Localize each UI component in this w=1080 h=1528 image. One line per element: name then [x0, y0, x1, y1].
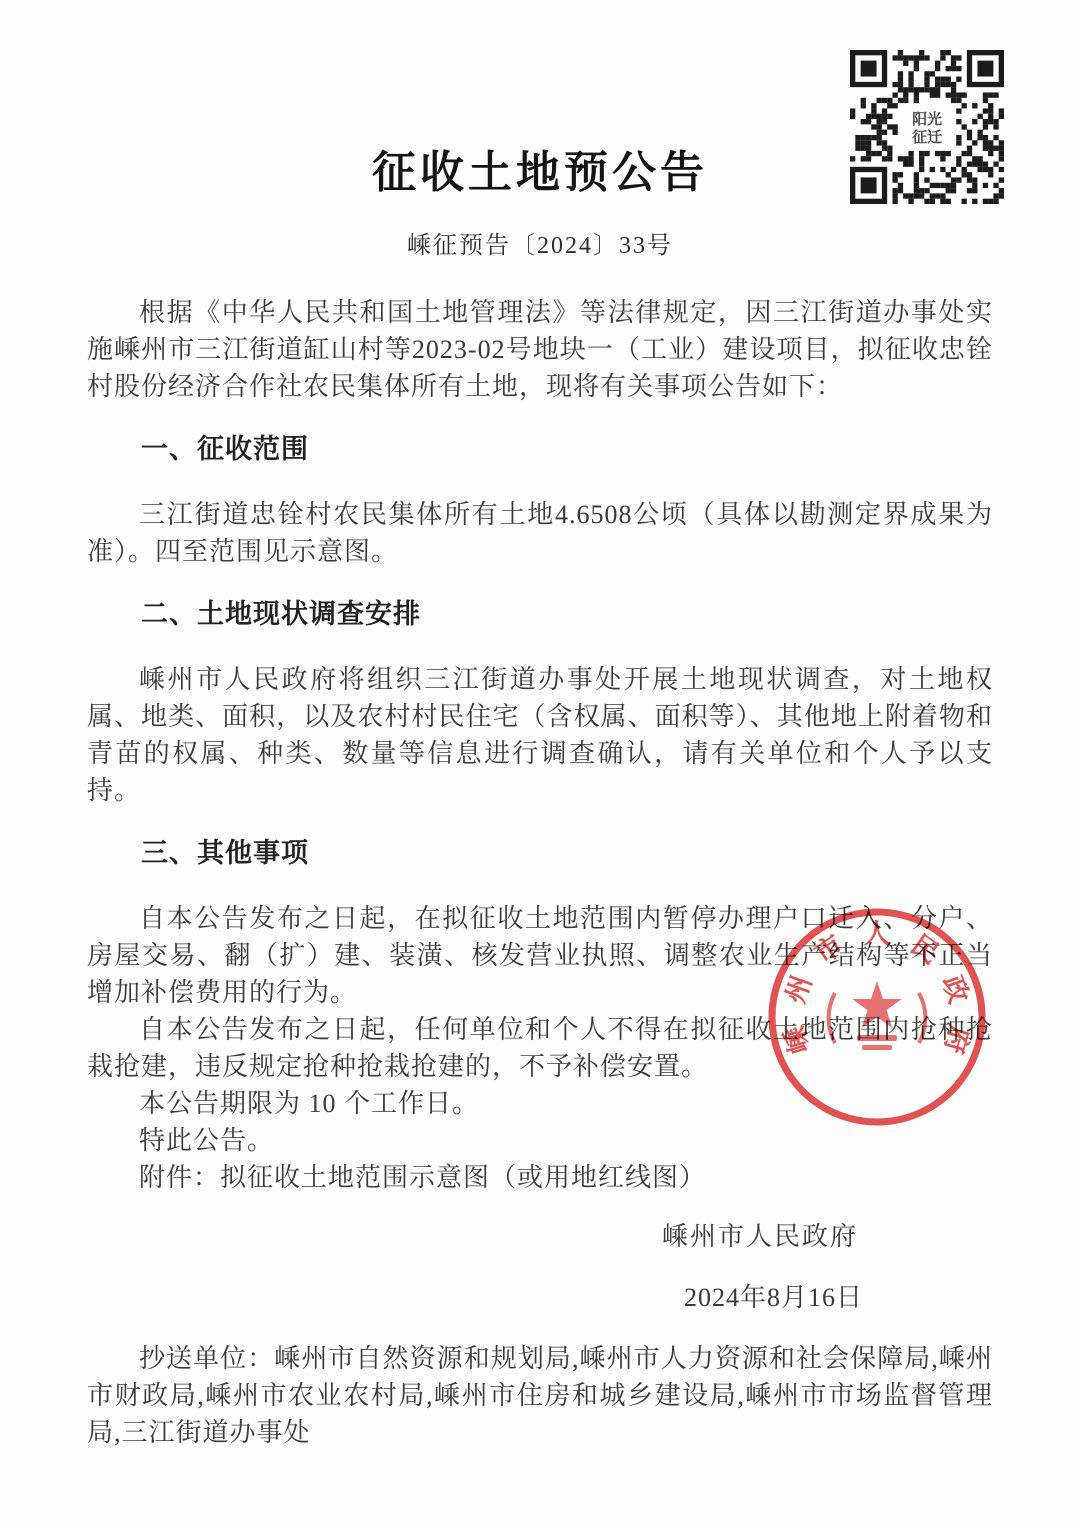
cc-paragraph: 抄送单位：嵊州市自然资源和规划局,嵊州市人力资源和社会保障局,嵊州市财政局,嵊州… [87, 1340, 993, 1451]
section-heading-2: 二、土地现状调查安排 [87, 596, 993, 633]
attachment-line: 附件：拟征收土地范围示意图（或用地红线图） [87, 1159, 993, 1196]
section-3-paragraph-2: 自本公告发布之日起，任何单位和个人不得在拟征收土地范围内抢种抢栽抢建，违反规定抢… [87, 1011, 993, 1085]
section-heading-1: 一、征收范围 [87, 431, 993, 468]
document-number: 嵊征预告〔2024〕33号 [87, 225, 993, 260]
section-1-paragraph: 三江街道忠铨村农民集体所有土地4.6508公顷（具体以勘测定界成果为准）。四至范… [87, 496, 993, 570]
qr-label-line2: 征迁 [911, 128, 942, 146]
issuer-signature: 嵊州市人民政府 [87, 1216, 993, 1253]
issue-date: 2024年8月16日 [87, 1277, 993, 1314]
section-3-paragraph-1: 自本公告发布之日起，在拟征收土地范围内暂停办理户口迁入、分户、房屋交易、翻（扩）… [87, 900, 993, 1011]
qr-label-line1: 阳光 [912, 110, 942, 128]
document-page: 阳光 征迁 征收土地预公告 嵊征预告〔2024〕33号 根据《中华人民共和国土地… [0, 0, 1080, 1528]
section-heading-3: 三、其他事项 [87, 835, 993, 872]
announcement-period-line: 本公告期限为 10 个工作日。 [87, 1085, 993, 1122]
qr-code: 阳光 征迁 [850, 50, 1004, 204]
intro-paragraph: 根据《中华人民共和国土地管理法》等法律规定，因三江街道办事处实施嵊州市三江街道缸… [87, 294, 993, 405]
section-2-paragraph: 嵊州市人民政府将组织三江街道办事处开展土地现状调查，对土地权属、地类、面积，以及… [87, 661, 993, 809]
qr-code-graphic: 阳光 征迁 [850, 50, 1004, 204]
closing-line: 特此公告。 [87, 1122, 993, 1159]
